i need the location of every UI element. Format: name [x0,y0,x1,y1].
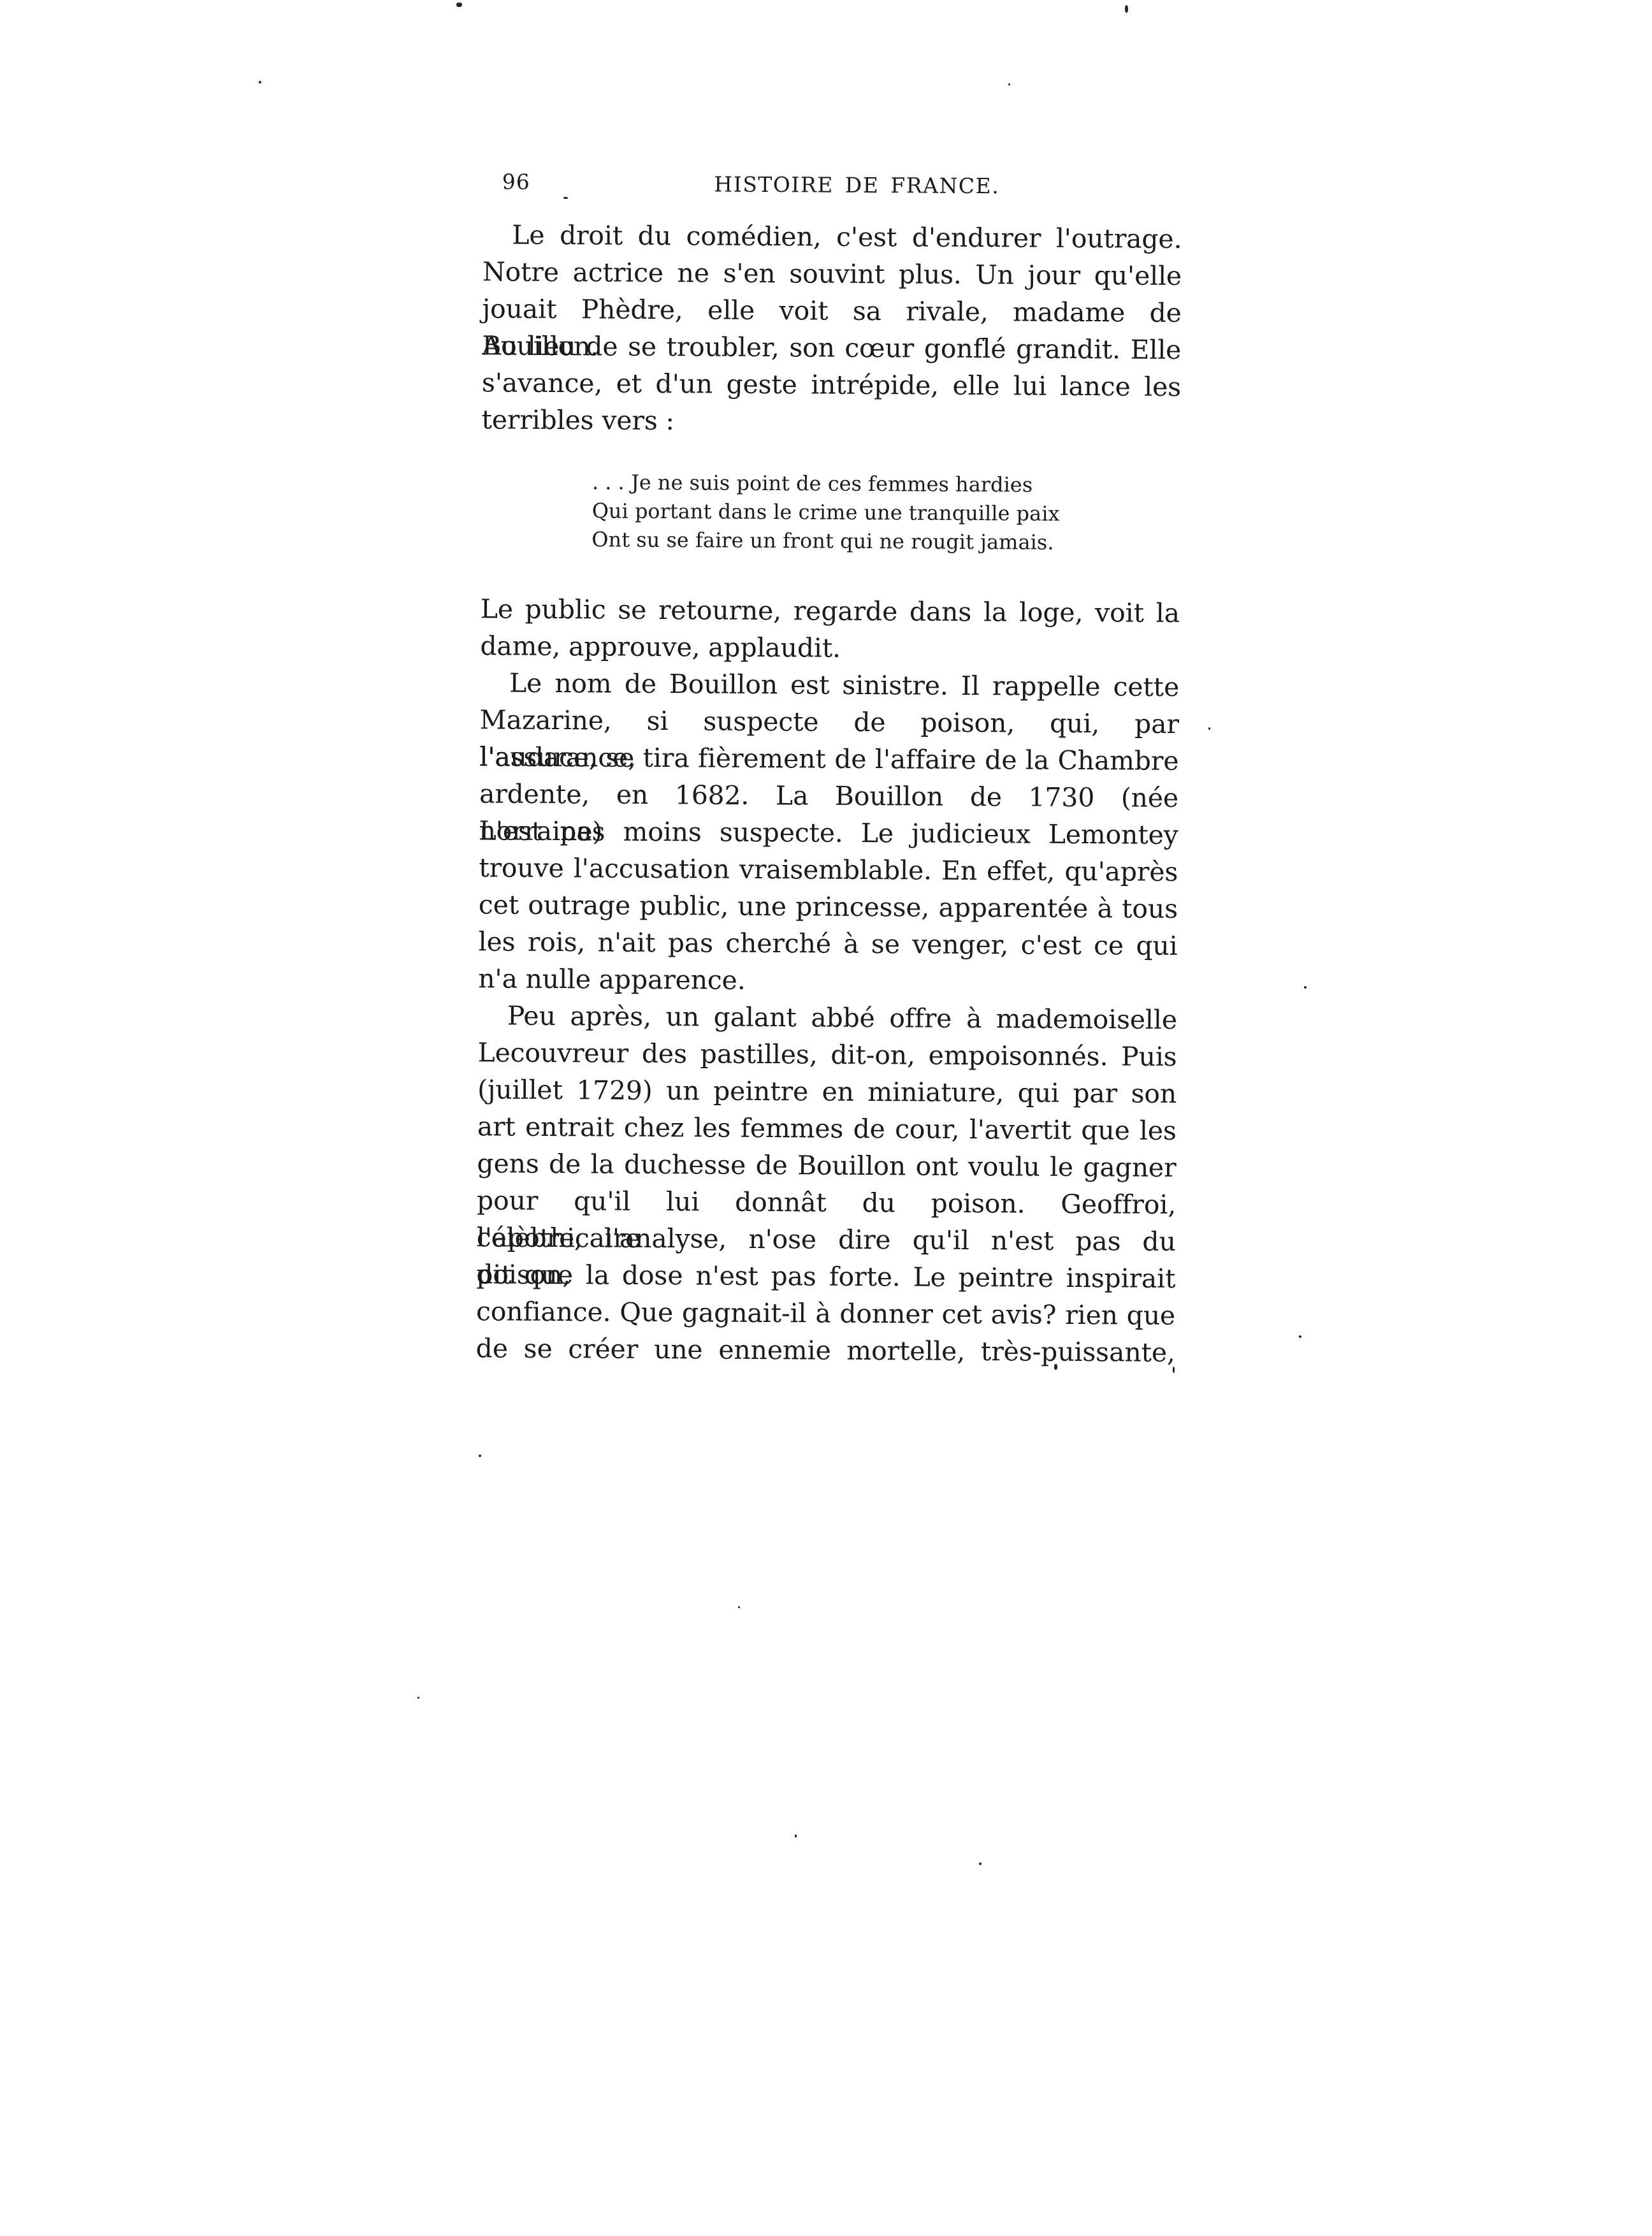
text-line: jouait Phèdre, elle voit sa rivale, mada… [482,290,1181,331]
text-line: (juillet 1729) un peintre en miniature, … [477,1071,1177,1112]
paragraph: Le public se retourne, regarde dans la l… [480,590,1180,669]
scan-speck [417,1697,419,1699]
text-line: pour qu'il lui donnât du poison. Geoffro… [477,1182,1176,1223]
text-line: trouve l'accusation vraisemblable. En ef… [479,849,1178,890]
text-line: n'est pas moins suspecte. Le judicieux L… [479,812,1178,853]
text-line: Lecouvreur des pastilles, dit-on, empois… [477,1034,1177,1075]
text-line: Au lieu de se troubler, son cœur gonflé … [482,327,1181,368]
text-line: ardente, en 1682. La Bouillon de 1730 (n… [479,775,1178,817]
text-line: l'audace, se tira fièrement de l'affaire… [479,738,1178,780]
scan-speck [1299,1335,1301,1338]
text-line: Notre actrice ne s'en souvint plus. Un j… [482,253,1182,294]
scan-speck [738,1606,740,1608]
scan-speck [1173,1367,1175,1373]
text-line: s'avance, et d'un geste intrépide, elle … [482,364,1181,405]
paragraph: Peu après, un galant abbé offre à mademo… [475,997,1177,1371]
scan-speck [795,1834,797,1838]
scan-speck [1208,727,1210,730]
scan-speck [1008,83,1010,85]
text-line: Ont su se faire un front qui ne rougit j… [591,525,1180,558]
running-header: 96 HISTOIRE DE FRANCE. [483,165,1182,199]
text-line: Le droit du comédien, c'est d'endurer l'… [482,216,1182,258]
text-line: de se créer une ennemie mortelle, très-p… [475,1330,1175,1371]
text-line: . . . Je ne suis point de ces femmes har… [592,468,1180,500]
scan-speck [1054,1364,1057,1370]
text-line: Mazarine, si suspecte de poison, qui, pa… [480,701,1179,743]
scan-speck [1304,986,1307,989]
scan-speck [563,197,568,199]
text-line: gens de la duchesse de Bouillon ont voul… [477,1145,1176,1186]
text-line: Qui portant dans le crime une tranquille… [592,497,1180,529]
text-line: cet outrage public, une princesse, appar… [479,886,1178,927]
paragraph: Le droit du comédien, c'est d'endurer l'… [481,216,1182,442]
verse-block: . . . Je ne suis point de ces femmes har… [591,468,1180,558]
text-line: confiance. Que gagnait-il à donner cet a… [476,1293,1175,1334]
text-line: Le public se retourne, regarde dans la l… [481,590,1180,632]
scan-speck [456,3,462,7]
text-line: n'a nulle apparence. [478,960,1177,1001]
text-line: dit que la dose n'est pas forte. Le pein… [476,1256,1175,1297]
running-title: HISTOIRE DE FRANCE. [507,171,1206,200]
scanned-book-page: 96 HISTOIRE DE FRANCE. Le droit du coméd… [0,0,1652,2236]
text-line: célèbre, l'analyse, n'ose dire qu'il n'e… [477,1219,1176,1260]
page-scan-content: 96 HISTOIRE DE FRANCE. Le droit du coméd… [475,165,1182,1371]
text-block: Le droit du comédien, c'est d'endurer l'… [475,216,1182,1371]
scan-speck [479,1455,481,1457]
scan-speck [259,81,261,83]
text-line: les rois, n'ait pas cherché à se venger,… [478,923,1177,964]
text-line: Le nom de Bouillon est sinistre. Il rapp… [480,664,1179,706]
paragraph: Le nom de Bouillon est sinistre. Il rapp… [478,664,1179,1001]
text-line: terribles vers : [481,401,1180,442]
scan-speck [979,1862,982,1865]
text-line: Peu après, un galant abbé offre à mademo… [478,997,1177,1038]
text-line: dame, approuve, applaudit. [480,627,1179,669]
scan-speck [1125,5,1128,13]
text-line: art entrait chez les femmes de cour, l'a… [477,1108,1177,1149]
